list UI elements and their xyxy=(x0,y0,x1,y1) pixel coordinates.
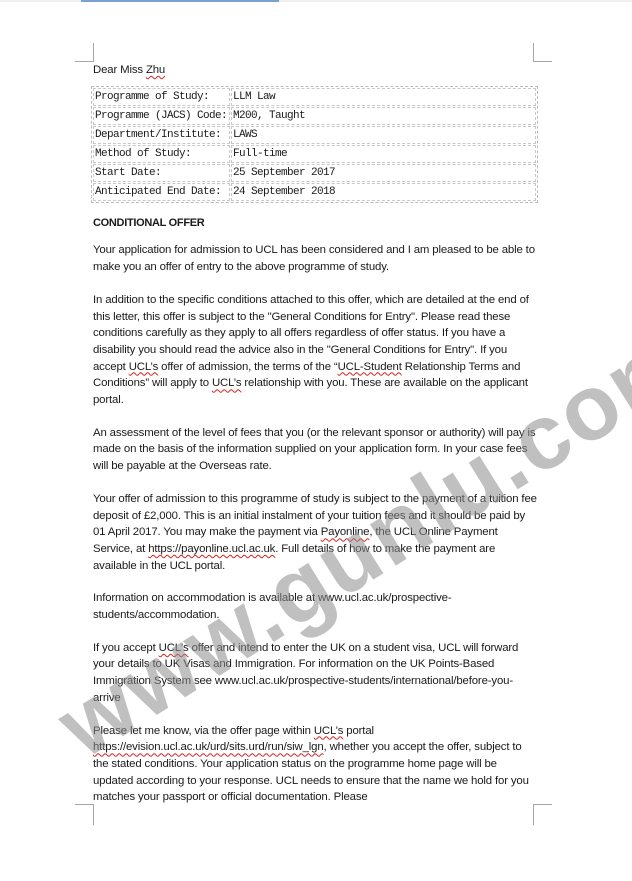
page-margin-corner-bottom-left xyxy=(75,804,94,825)
text: . xyxy=(216,609,219,621)
recipient-name: Zhu xyxy=(146,64,165,76)
paragraph-response: Please let me know, via the offer page w… xyxy=(93,723,537,807)
horizontal-scroll-indicator[interactable] xyxy=(81,0,279,2)
portal-link[interactable]: https://evision.ucl.ac.uk/urd/sits.urd/r… xyxy=(93,741,324,753)
paragraph-fees-assessment: An assessment of the level of fees that … xyxy=(93,425,537,475)
text: Information on accommodation is availabl… xyxy=(93,592,318,604)
details-value: 25 September 2017 xyxy=(231,164,536,182)
details-row: Programme (JACS) Code:M200, Taught xyxy=(93,107,536,125)
page-margin-corner-top-right xyxy=(533,43,552,62)
offer-heading: CONDITIONAL OFFER xyxy=(93,215,537,232)
details-row: Department/Institute:LAWS xyxy=(93,126,536,144)
text: Please let me know, via the offer page w… xyxy=(93,725,314,737)
spell-flagged-word: Payonline xyxy=(321,526,370,538)
details-value: LAWS xyxy=(231,126,536,144)
salutation: Dear Miss Zhu xyxy=(93,62,537,79)
details-label: Start Date: xyxy=(93,164,230,182)
paragraph-deposit: Your offer of admission to this programm… xyxy=(93,491,537,575)
details-label: Method of Study: xyxy=(93,145,230,163)
spell-flagged-word: UCL’s xyxy=(314,725,343,737)
details-row: Start Date:25 September 2017 xyxy=(93,164,536,182)
programme-details-table: Programme of Study:LLM LawProgramme (JAC… xyxy=(91,86,538,203)
spell-flagged-word: UCL-Student xyxy=(338,361,402,373)
details-label: Programme (JACS) Code: xyxy=(93,107,230,125)
details-label: Department/Institute: xyxy=(93,126,230,144)
paragraph-consideration: Your application for admission to UCL ha… xyxy=(93,242,537,275)
paragraph-accommodation: Information on accommodation is availabl… xyxy=(93,590,537,623)
details-label: Programme of Study: xyxy=(93,88,230,106)
document-body[interactable]: Dear Miss Zhu Programme of Study:LLM Law… xyxy=(93,62,537,822)
paragraph-general-conditions: In addition to the specific conditions a… xyxy=(93,292,537,409)
payonline-link[interactable]: https://payonline.ucl.ac.uk xyxy=(148,543,275,555)
spell-flagged-word: UCL’s xyxy=(212,377,241,389)
text: If you accept xyxy=(93,642,159,654)
text: offer of admission, the terms of the “ xyxy=(158,361,337,373)
salutation-prefix: Dear Miss xyxy=(93,64,146,76)
spell-flagged-word: UCL’s xyxy=(129,361,158,373)
details-row: Method of Study:Full-time xyxy=(93,145,536,163)
page-margin-corner-top-left xyxy=(75,43,94,62)
details-value: M200, Taught xyxy=(231,107,536,125)
spell-flagged-word: UCL's xyxy=(159,642,189,654)
details-row: Programme of Study:LLM Law xyxy=(93,88,536,106)
text: portal xyxy=(343,725,374,737)
paragraph-visa: If you accept UCL's offer and intend to … xyxy=(93,640,537,707)
details-value: Full-time xyxy=(231,145,536,163)
details-label: Anticipated End Date: xyxy=(93,183,230,201)
details-value: 24 September 2018 xyxy=(231,183,536,201)
details-row: Anticipated End Date:24 September 2018 xyxy=(93,183,536,201)
details-value: LLM Law xyxy=(231,88,536,106)
